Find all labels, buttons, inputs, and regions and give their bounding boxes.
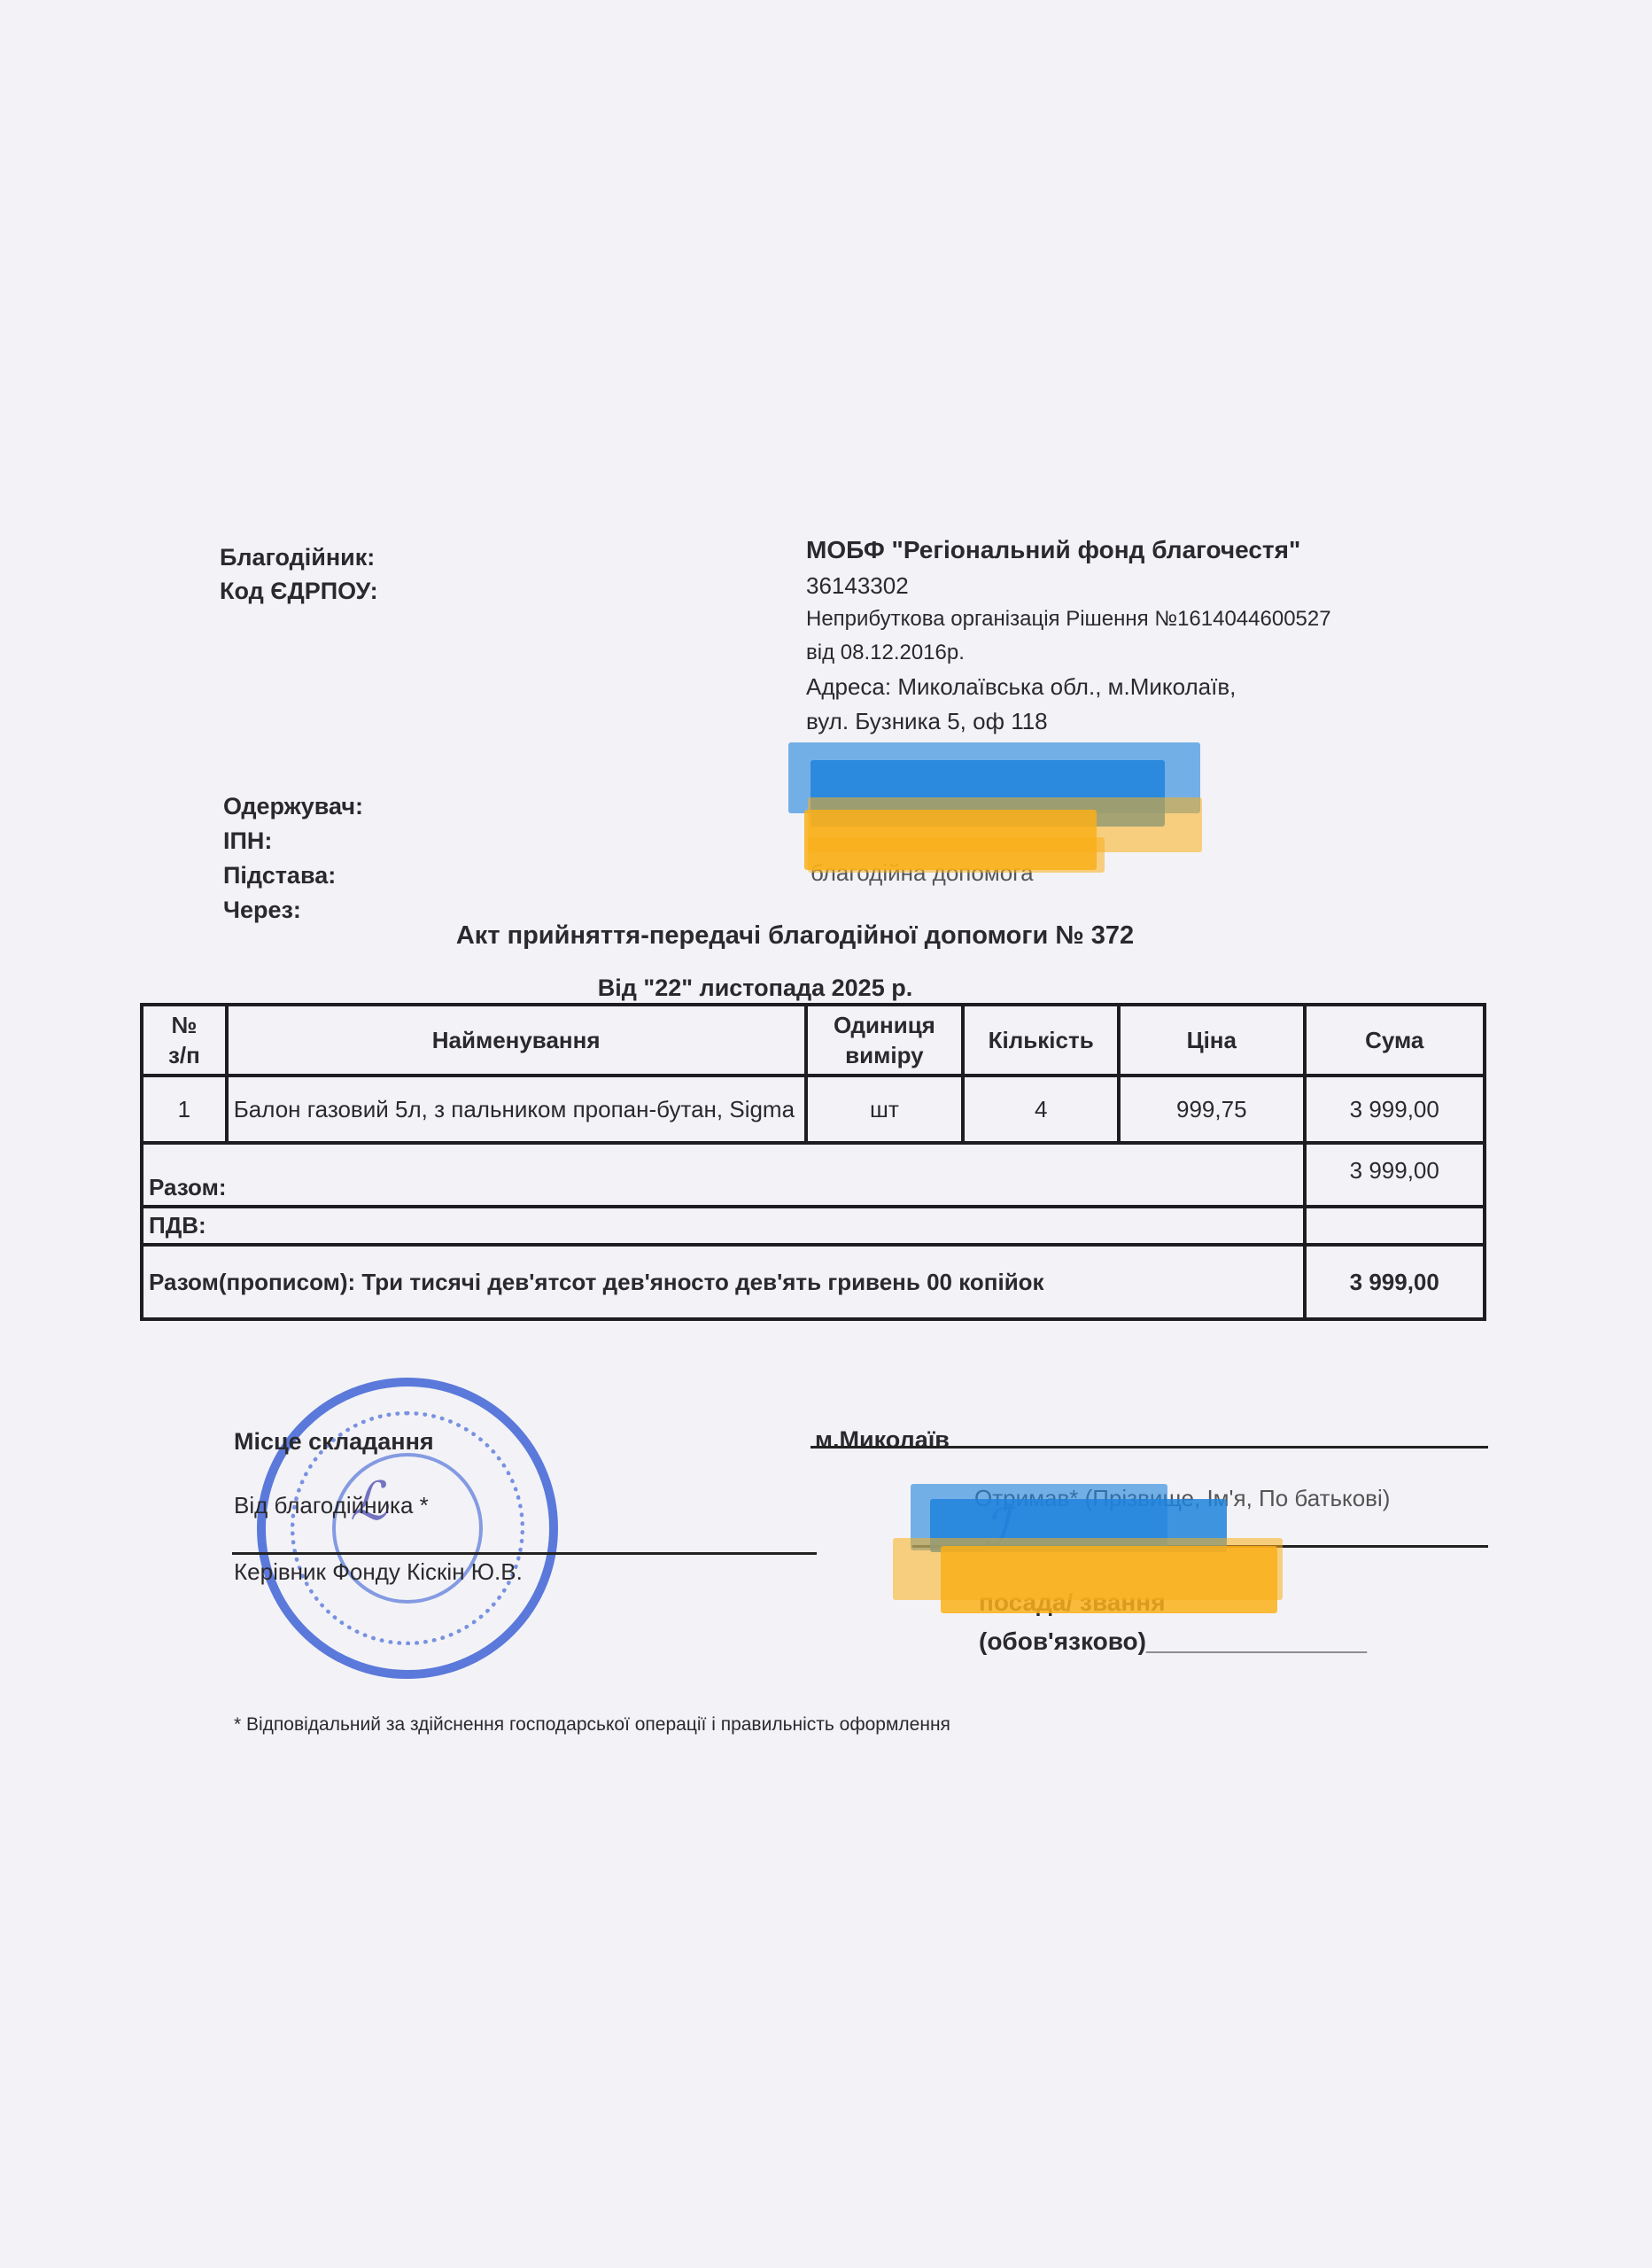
total-label: Разом:	[142, 1143, 1305, 1207]
cell-name: Балон газовий 5л, з пальником пропан-бут…	[227, 1076, 806, 1143]
from-donor-label: Від благодійника *	[234, 1488, 429, 1522]
header-sum: Сума	[1305, 1005, 1485, 1076]
words-row: Разом(прописом): Три тисячі дев'ятсот де…	[142, 1245, 1485, 1319]
place-label: Місце складання	[234, 1425, 434, 1458]
header-unit: Одиниця виміру	[806, 1005, 964, 1076]
cell-qty: 4	[963, 1076, 1119, 1143]
total-value: 3 999,00	[1305, 1143, 1485, 1207]
place-line	[810, 1446, 1488, 1449]
donor-code: 36143302	[806, 569, 909, 602]
cell-unit: шт	[806, 1076, 964, 1143]
words-label: Разом(прописом): Три тисячі дев'ятсот де…	[142, 1245, 1305, 1319]
cell-sum: 3 999,00	[1305, 1076, 1485, 1143]
donor-status-line1: Неприбуткова організація Рішення №161404…	[806, 602, 1331, 636]
head-of-fund: Керівник Фонду Кіскін Ю.В.	[234, 1555, 523, 1588]
header-name: Найменування	[227, 1005, 806, 1076]
donor-address-line2: вул. Бузника 5, оф 118	[806, 704, 1048, 738]
cell-price: 999,75	[1119, 1076, 1304, 1143]
donor-status-line2: від 08.12.2016р.	[806, 636, 965, 670]
donor-name: МОБФ "Регіональний фонд благочестя"	[806, 533, 1300, 567]
donor-label: Благодійник:	[220, 540, 375, 574]
vat-value	[1305, 1207, 1485, 1245]
ipn-label: ІПН:	[223, 824, 272, 858]
total-row: Разом: 3 999,00	[142, 1143, 1485, 1207]
mandatory-label: (обов'язково)________________	[979, 1625, 1367, 1658]
footnote: * Відповідальний за здійснення господарс…	[234, 1708, 950, 1742]
place-value: м.Миколаїв	[815, 1423, 950, 1456]
items-table: № з/п Найменування Одиниця виміру Кількі…	[140, 1003, 1486, 1321]
words-value: 3 999,00	[1305, 1245, 1485, 1319]
basis-label: Підстава:	[223, 858, 336, 892]
vat-row: ПДВ:	[142, 1207, 1485, 1245]
act-title: Акт прийняття-передачі благодійної допом…	[0, 921, 1621, 951]
act-date: Від "22" листопада 2025 р.	[0, 975, 1581, 1002]
header-qty: Кількість	[963, 1005, 1119, 1076]
recipient-label: Одержувач:	[223, 789, 363, 823]
table-header-row: № з/п Найменування Одиниця виміру Кількі…	[142, 1005, 1485, 1076]
donor-address-line1: Адреса: Миколаївська обл., м.Миколаїв,	[806, 670, 1236, 703]
cell-no: 1	[142, 1076, 227, 1143]
header-price: Ціна	[1119, 1005, 1304, 1076]
vat-label: ПДВ:	[142, 1207, 1305, 1245]
table-row: 1 Балон газовий 5л, з пальником пропан-б…	[142, 1076, 1485, 1143]
header-no: № з/п	[142, 1005, 227, 1076]
edrpou-label: Код ЄДРПОУ:	[220, 574, 378, 608]
seal-stamp	[257, 1378, 558, 1679]
